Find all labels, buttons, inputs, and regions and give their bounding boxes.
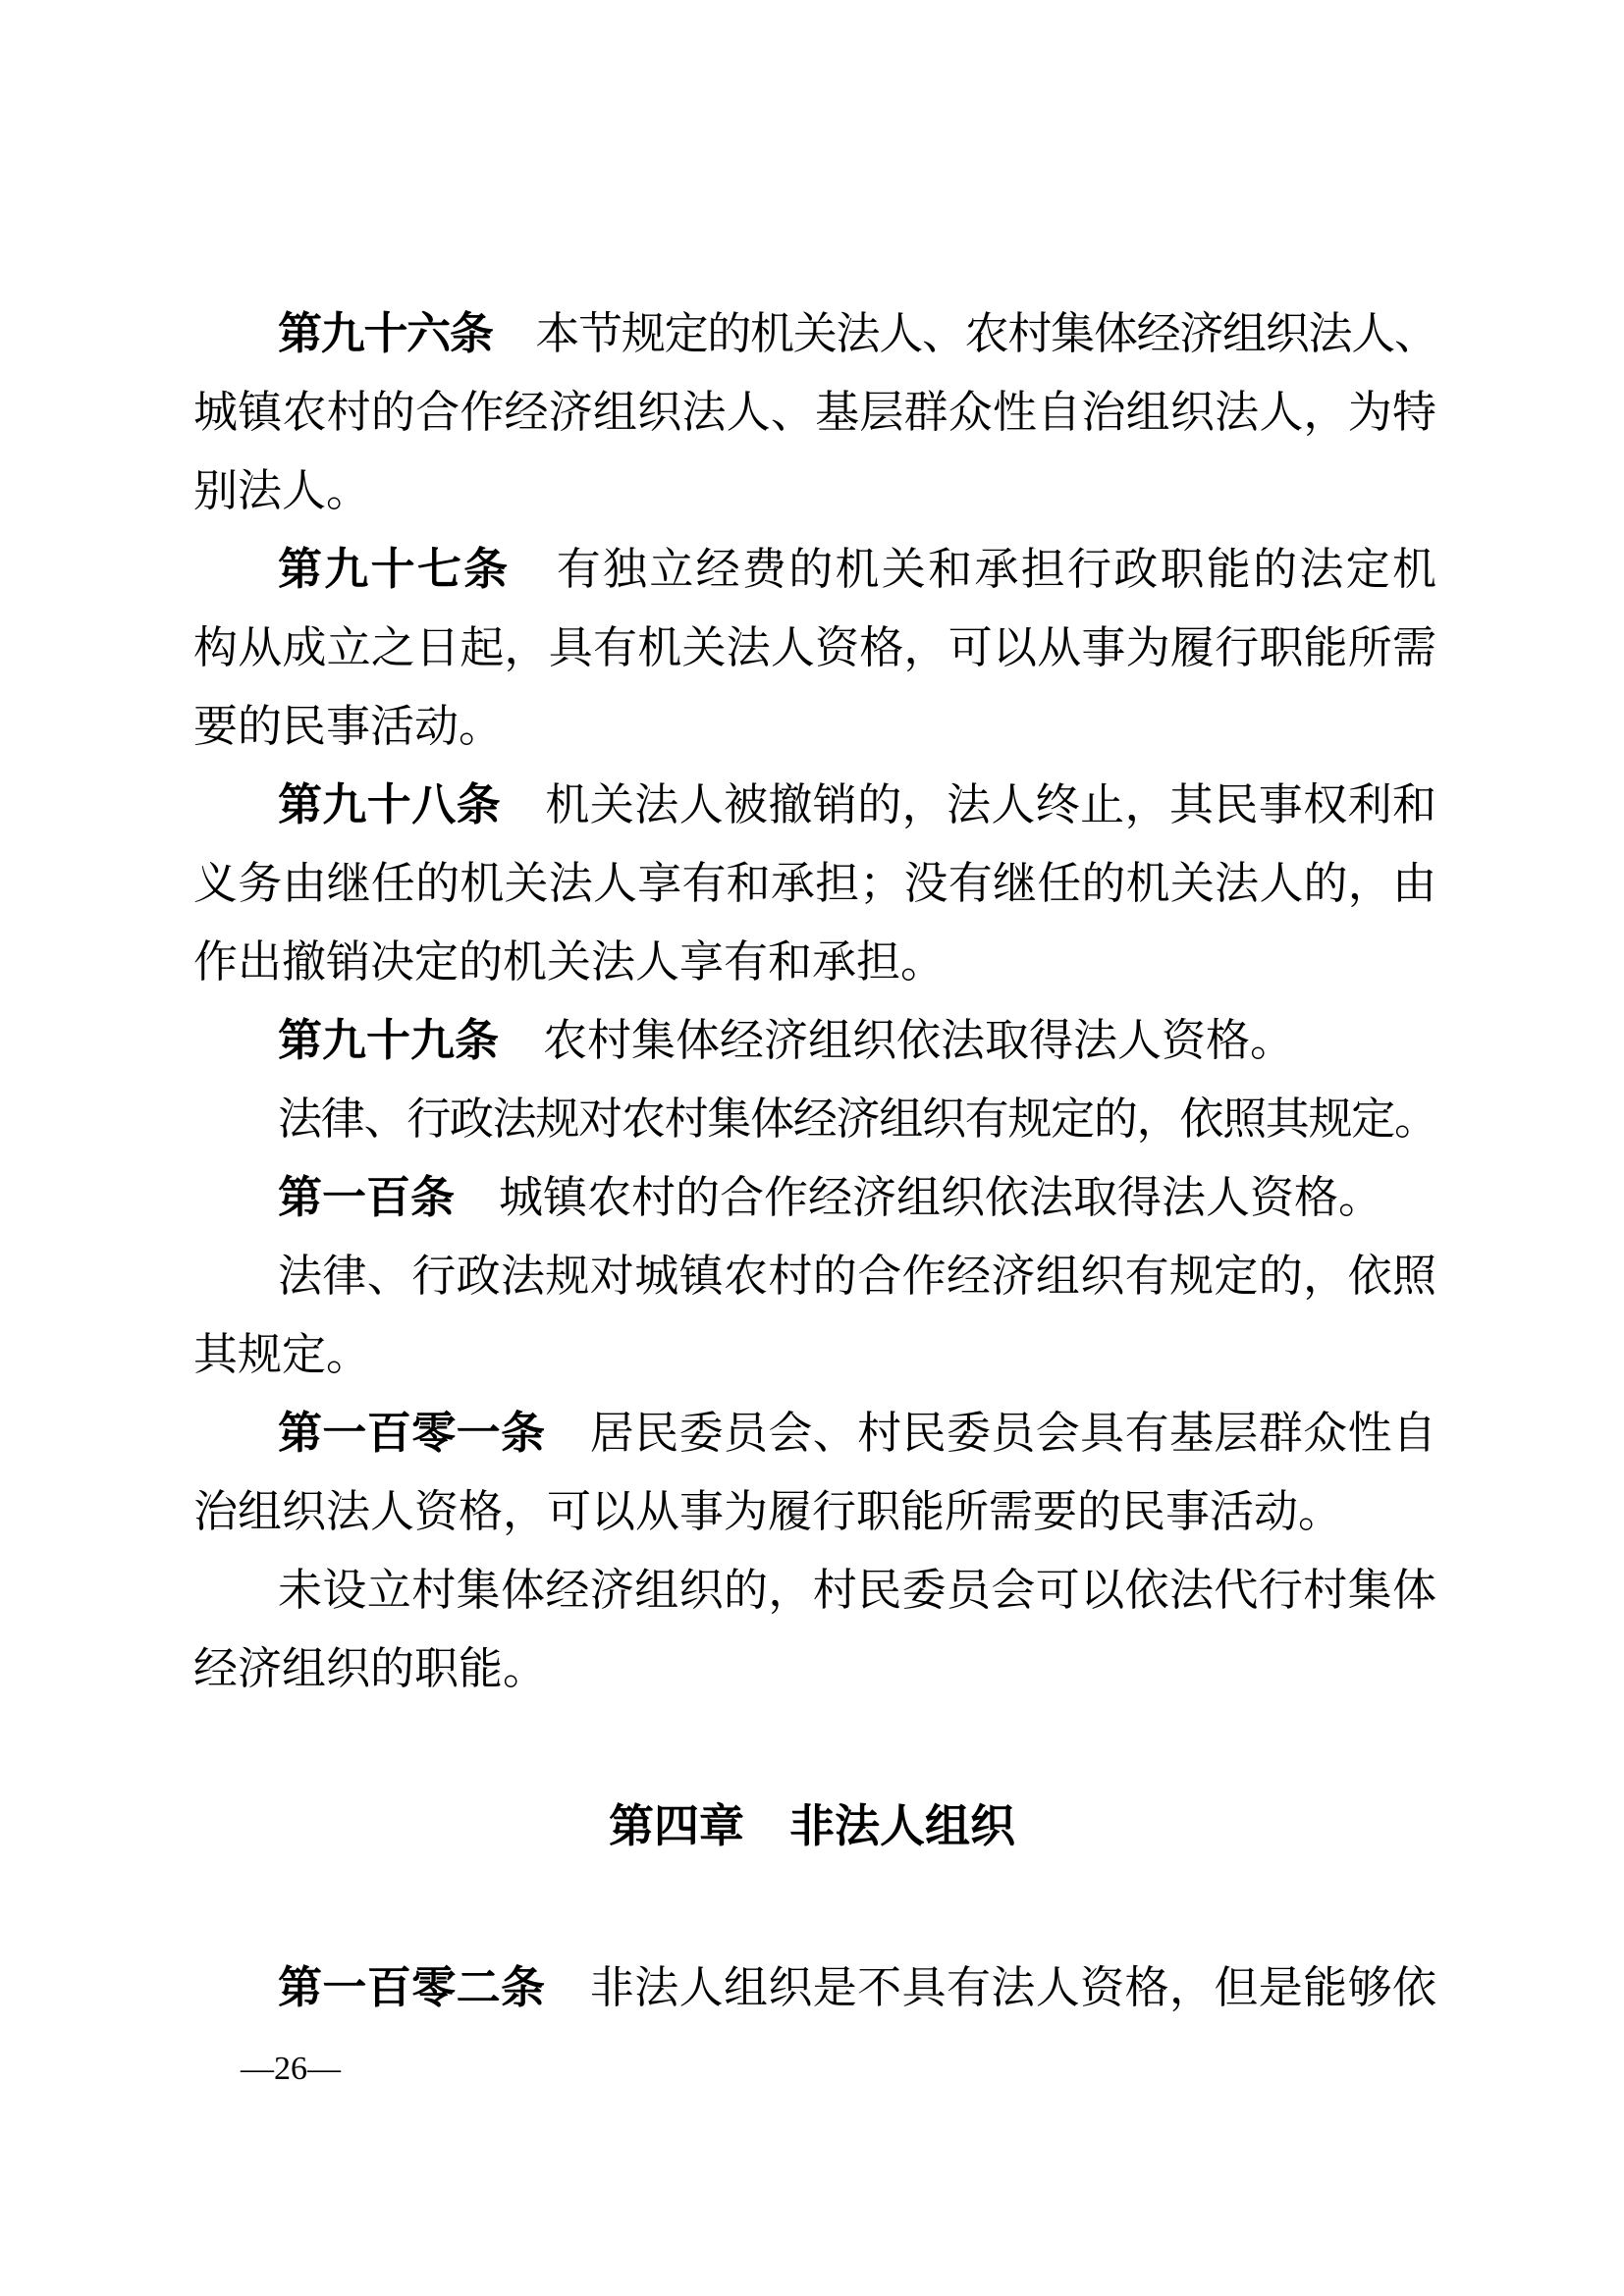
text-line: 第九十九条 农村集体经济组织依法取得法人资格。 — [193, 1001, 1436, 1080]
article-number: 第一百零二条 — [278, 1962, 545, 2012]
text-line: 其规定。 — [193, 1315, 1436, 1394]
article-number-gap — [499, 1016, 543, 1065]
line-text: 别法人。 — [193, 466, 370, 515]
line-text: 构从成立之日起，具有机关法人资格，可以从事为履行职能所需 — [193, 623, 1436, 672]
article-number-gap — [545, 1963, 589, 2012]
text-line: 城镇农村的合作经济组织法人、基层群众性自治组织法人，为特 — [193, 373, 1436, 452]
line-text: 要的民事活动。 — [193, 702, 503, 751]
line-text: 作出撤销决定的机关法人享有和承担。 — [193, 937, 945, 987]
article-102-block: 第一百零二条 非法人组织是不具有法人资格，但是能够依 — [193, 1949, 1436, 2027]
line-text: 经济组织的职能。 — [193, 1644, 547, 1693]
line-text: 城镇农村的合作经济组织法人、基层群众性自治组织法人，为特 — [193, 388, 1436, 437]
line-text: 义务由继任的机关法人享有和承担；没有继任的机关法人的，由 — [193, 859, 1436, 908]
article-number-gap — [545, 1409, 589, 1458]
page-number: —26— — [241, 2050, 341, 2089]
line-text: 有独立经费的机关和承担行政职能的法定机 — [557, 545, 1436, 594]
article-number-gap — [501, 780, 545, 829]
body-text-block: 第九十六条 本节规定的机关法人、农村集体经济组织法人、 城镇农村的合作经济组织法… — [193, 294, 1436, 1708]
line-text: 其规定。 — [193, 1330, 370, 1379]
article-number-gap — [510, 545, 556, 594]
text-line: 第一百条 城镇农村的合作经济组织依法取得法人资格。 — [193, 1158, 1436, 1237]
text-line: 经济组织的职能。 — [193, 1629, 1436, 1708]
text-line: 要的民事活动。 — [193, 687, 1436, 766]
line-text: 机关法人被撤销的，法人终止，其民事权利和 — [545, 780, 1436, 829]
article-number-gap — [493, 309, 536, 358]
line-text: 治组织法人资格，可以从事为履行职能所需要的民事活动。 — [193, 1487, 1342, 1536]
article-number-gap — [455, 1173, 499, 1222]
text-line: 未设立村集体经济组织的，村民委员会可以依法代行村集体 — [193, 1551, 1436, 1629]
article-number: 第一百条 — [278, 1172, 455, 1222]
text-line: 法律、行政法规对农村集体经济组织有规定的，依照其规定。 — [193, 1080, 1436, 1158]
article-number: 第九十六条 — [278, 308, 493, 358]
article-number: 第九十九条 — [278, 1015, 499, 1065]
line-text: 法律、行政法规对农村集体经济组织有规定的，依照其规定。 — [278, 1095, 1436, 1144]
text-line: 作出撤销决定的机关法人享有和承担。 — [193, 923, 1436, 1001]
text-line: 构从成立之日起，具有机关法人资格，可以从事为履行职能所需 — [193, 609, 1436, 687]
text-line: 第一百零二条 非法人组织是不具有法人资格，但是能够依 — [193, 1949, 1436, 2027]
article-number: 第九十七条 — [278, 544, 510, 594]
text-line: 义务由继任的机关法人享有和承担；没有继任的机关法人的，由 — [193, 844, 1436, 923]
text-line: 治组织法人资格，可以从事为履行职能所需要的民事活动。 — [193, 1472, 1436, 1551]
text-line: 法律、行政法规对城镇农村的合作经济组织有规定的，依照 — [193, 1237, 1436, 1315]
text-line: 第一百零一条 居民委员会、村民委员会具有基层群众性自 — [193, 1394, 1436, 1472]
article-number: 第一百零一条 — [278, 1408, 545, 1458]
document-page: 第九十六条 本节规定的机关法人、农村集体经济组织法人、 城镇农村的合作经济组织法… — [0, 0, 1624, 2296]
line-text: 法律、行政法规对城镇农村的合作经济组织有规定的，依照 — [278, 1252, 1436, 1301]
text-line: 第九十六条 本节规定的机关法人、农村集体经济组织法人、 — [193, 294, 1436, 373]
chapter-heading: 第四章 非法人组织 — [0, 1787, 1624, 1865]
line-text: 农村集体经济组织依法取得法人资格。 — [543, 1016, 1294, 1065]
text-line: 第九十八条 机关法人被撤销的，法人终止，其民事权利和 — [193, 766, 1436, 844]
article-number: 第九十八条 — [278, 779, 501, 829]
line-text: 城镇农村的合作经济组织依法取得法人资格。 — [499, 1173, 1382, 1222]
text-line: 别法人。 — [193, 452, 1436, 530]
line-text: 未设立村集体经济组织的，村民委员会可以依法代行村集体 — [278, 1566, 1436, 1615]
line-text: 非法人组织是不具有法人资格，但是能够依 — [590, 1963, 1436, 2012]
line-text: 本节规定的机关法人、农村集体经济组织法人、 — [535, 309, 1436, 358]
text-line: 第九十七条 有独立经费的机关和承担行政职能的法定机 — [193, 530, 1436, 609]
line-text: 居民委员会、村民委员会具有基层群众性自 — [590, 1409, 1436, 1458]
